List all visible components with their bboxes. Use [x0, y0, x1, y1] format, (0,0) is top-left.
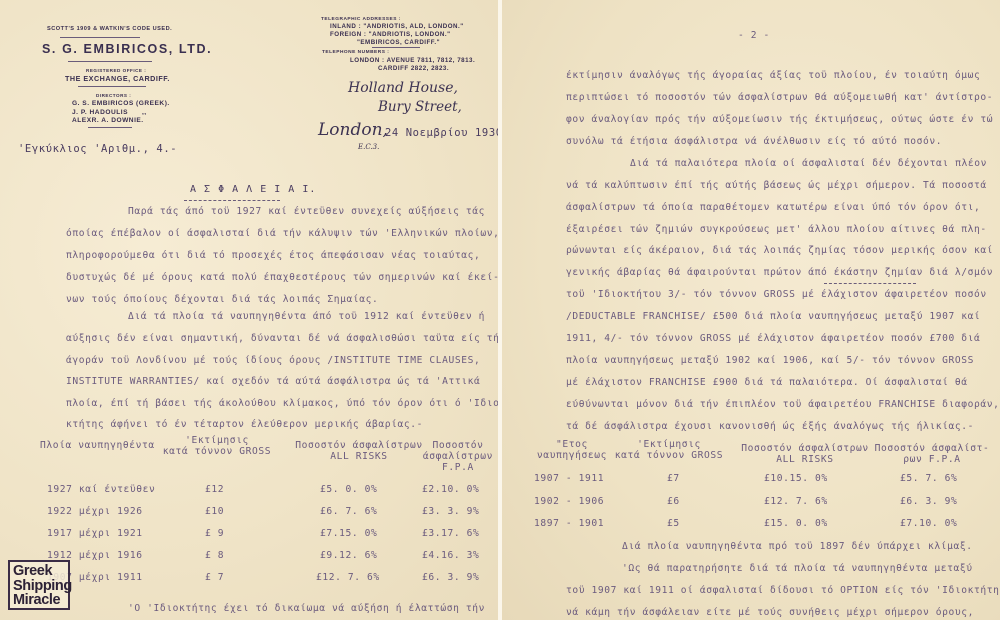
divider [88, 127, 132, 128]
paragraph-line: έκτίμησιν άναλόγως τής άγοραίας άξίας το… [566, 70, 980, 81]
paragraph-line: πλοία ναυπηγήσεως μεταξύ 1902 καί 1906, … [566, 355, 974, 366]
table-cell: £7.15. 0% [320, 528, 377, 539]
table-cell: £5. 7. 6% [900, 473, 957, 484]
address-line-1: Holland House, [348, 80, 458, 96]
paragraph-line: 'Ο 'Ιδιοκτήτης έχει τό δικαίωμα νά αύξήσ… [128, 603, 485, 614]
paragraph-line: Διά πλοία ναυπηγηθέντα πρό τοϋ 1897 δέν … [622, 541, 973, 552]
director-2: J. P. HADOULIS ,, [72, 109, 147, 116]
paragraph-line: ρώνωνται είς άκέραιον, διά τάς λοιπάς ζη… [566, 245, 993, 256]
page-number: - 2 - [738, 30, 770, 41]
table-header: Πλοία ναυπηγηθέντα [40, 440, 155, 451]
company-name: S. G. EMBIRICOS, LTD. [42, 42, 212, 56]
telegraphic-cardiff: "EMBIRICOS, CARDIFF." [357, 39, 440, 46]
paragraph-line: νων τούς όποίους δέχονται διά τάς λοιπάς… [66, 294, 378, 305]
logo-line: Miracle [13, 593, 65, 608]
paragraph-line: τοϋ 1907 καί 1911 οί άσφαλισταί δίδουσι … [566, 585, 1000, 596]
table-cell: £ 9 [205, 528, 224, 539]
table-cell: 1907 - 1911 [534, 473, 604, 484]
paragraph-line: περιπτώσει τό ποσοστόν τών άσφαλίστρων θ… [566, 92, 993, 103]
table-cell: £4.16. 3% [422, 550, 479, 561]
table-cell: £6. 7. 6% [320, 506, 377, 517]
telephone-london: LONDON : AVENUE 7811, 7812, 7813. [350, 57, 475, 64]
paragraph-line: φον άναλογίαν πρός τήν αύξομείωσιν τής έ… [566, 114, 993, 125]
table-cell: £6 [667, 496, 680, 507]
table-cell: 1922 μέχρι 1926 [47, 506, 143, 517]
table-cell: £6. 3. 9% [422, 572, 479, 583]
table-cell: 1902 - 1906 [534, 496, 604, 507]
table-cell: £2.10. 0% [422, 484, 479, 495]
paragraph-line: Παρά τάς άπό τοϋ 1927 καί έντεϋθεν συνεχ… [128, 206, 485, 217]
paragraph-line: Διά τά παλαιότερα πλοία οί άσφαλισταί δέ… [630, 158, 987, 169]
table-header: "Ετος ναυπηγήσεως [532, 439, 612, 461]
telegraphic-inland: INLAND : "ANDRIOTIS, ALD, LONDON." [330, 23, 464, 30]
telephone-label: TELEPHONE NUMBERS : [322, 50, 389, 55]
table-cell: 1927 καί έντεϋθεν [47, 484, 155, 495]
table-cell: 1917 μέχρι 1921 [47, 528, 143, 539]
divider [68, 61, 152, 62]
paragraph-line: νά τά καλύπτωσιν έπί τής αύτής βάσεως ώς… [566, 180, 987, 191]
greek-shipping-miracle-logo: Greek Shipping Miracle [8, 560, 70, 610]
paragraph-line: έξαιρέσει τών ζημιών συγκρούσεως μετ' άλ… [566, 224, 987, 235]
paragraph-line: Διά τά πλοία τά ναυπηγηθέντα άπό τοϋ 191… [128, 311, 485, 322]
directors-label: DIRECTORS : [96, 93, 131, 98]
table-cell: £10 [205, 506, 224, 517]
logo-line: Greek [13, 564, 65, 579]
letter-date: 24 Νοεμβρίου 1930. [385, 127, 498, 139]
telegraphic-foreign: FOREIGN : "ANDRIOTIS, LONDON." [330, 31, 451, 38]
paragraph-line: μέ έλάχιστον FRANCHISE £900 διά τά παλαι… [566, 377, 968, 388]
document-title: Α Σ Φ Α Λ Ε Ι Α Ι. [190, 184, 316, 195]
city: London, [318, 120, 388, 140]
paragraph-line: συνόλω τά έτήσια άσφάλιστρα νά άνέλθωσιν… [566, 136, 942, 147]
table-cell: £9.12. 6% [320, 550, 377, 561]
circular-reference: 'Εγκύκλιος 'Αριθμ., 4.- [18, 143, 177, 155]
paragraph-line: δυστυχώς δέ μέ όρους κατά πολύ έπαχθεστέ… [66, 272, 498, 283]
table-header: Ποσοστόν άσφαλίστρων ALL RISKS [740, 443, 870, 465]
paragraph-line: εύθύνωνται μόνον διά τήν έπιπλέον τοϋ άφ… [566, 399, 1000, 410]
director-1: G. S. EMBIRICOS (GREEK). [72, 100, 170, 107]
title-underline [184, 200, 280, 202]
paragraph-line: /DEDUCTABLE FRANCHISE/ £500 διά πλοία να… [566, 311, 980, 322]
table-header: Ποσοστόν άσφαλίστ- ρων F.P.A [872, 443, 992, 465]
table-header: Ποσοστόν άσφαλίστρων F.P.A [418, 440, 498, 473]
table-cell: £12 [205, 484, 224, 495]
letter-page-1: SCOTT'S 1909 & WATKIN'S CODE USED. S. G.… [0, 0, 498, 620]
paragraph-line: όποίας έπέβαλον οί άσφαλισταί διά τήν κά… [66, 228, 498, 239]
table-cell: £12. 7. 6% [764, 496, 828, 507]
divider [78, 86, 146, 87]
table-header: Ποσοστόν άσφαλίστρων ALL RISKS [294, 440, 424, 462]
paragraph-line: αύξησις δέν είναι σημαντική, δύνανται δέ… [66, 333, 498, 344]
paragraph-line: κτήτης άφήνει τό έν τέταρτον έλεύθερον μ… [66, 419, 423, 430]
postcode: E.C.3. [358, 143, 379, 151]
table-cell: £12. 7. 6% [316, 572, 380, 583]
table-header: 'Εκτίμησις κατά τόννον GROSS [614, 439, 724, 461]
paragraph-line: νά κάμη τήν άσφάλειαν είτε μέ τούς συνήθ… [566, 607, 974, 618]
paragraph-line: πληροφορούμεθα ότι διά τό προσεχές έτος … [66, 250, 480, 261]
table-cell: £5. 0. 0% [320, 484, 377, 495]
registered-label: REGISTERED OFFICE : [86, 68, 146, 73]
paragraph-line: INSTITUTE WARRANTIES/ καί σχεδόν τά αύτά… [66, 376, 480, 387]
logo-line: Shipping [13, 579, 65, 594]
address-line-2: Bury Street, [378, 99, 462, 115]
paragraph-line: πλοία, έπί τή βάσει τής άκολούθου κλίμακ… [66, 398, 498, 409]
table-cell: £ 7 [205, 572, 224, 583]
telegraphic-label: TELEGRAPHIC ADDRESSES : [321, 17, 401, 22]
director-3: ALEXR. A. DOWNIE. [72, 117, 144, 124]
table-header: 'Εκτίμησις κατά τόννον GROSS [162, 435, 272, 457]
paragraph-line: 'Ως θά παρατηρήσητε διά τά πλοία τά ναυπ… [622, 563, 973, 574]
table-cell: £15. 0. 0% [764, 518, 828, 529]
paragraph-line: 1911, 4/- τόν τόννον GROSS μέ έλάχιστον … [566, 333, 980, 344]
table-cell: £3. 3. 9% [422, 506, 479, 517]
table-cell: £3.17. 6% [422, 528, 479, 539]
text-underline [824, 283, 916, 285]
letter-page-2: - 2 - έκτίμησιν άναλόγως τής άγοραίας άξ… [502, 0, 1000, 620]
paragraph-line: γενικής άβαρίας θά άφαιρούνται πρώτον άπ… [566, 267, 993, 278]
table-cell: 1897 - 1901 [534, 518, 604, 529]
divider [60, 37, 140, 38]
paragraph-line: άγοράν τοϋ Λονδίνου μέ τούς ίδίους όρους… [66, 355, 480, 366]
table-cell: £ 8 [205, 550, 224, 561]
code-note: SCOTT'S 1909 & WATKIN'S CODE USED. [47, 26, 172, 32]
paragraph-line: άσφαλίστρων τά όποία παραθέτομεν κατωτέρ… [566, 202, 980, 213]
table-cell: £10.15. 0% [764, 473, 828, 484]
table-cell: £7 [667, 473, 680, 484]
table-cell: £7.10. 0% [900, 518, 957, 529]
paragraph-line: τά δέ άσφάλιστρα έχουσι κανονισθή ώς έξή… [566, 421, 974, 432]
table-cell: £6. 3. 9% [900, 496, 957, 507]
paragraph-line: τοϋ 'Ιδιοκτήτου 3/- τόν τόννον GROSS μέ … [566, 289, 987, 300]
table-cell: £5 [667, 518, 680, 529]
divider [372, 47, 420, 48]
registered-address: THE EXCHANGE, CARDIFF. [65, 74, 170, 83]
telephone-cardiff: CARDIFF 2822, 2823. [378, 65, 449, 72]
